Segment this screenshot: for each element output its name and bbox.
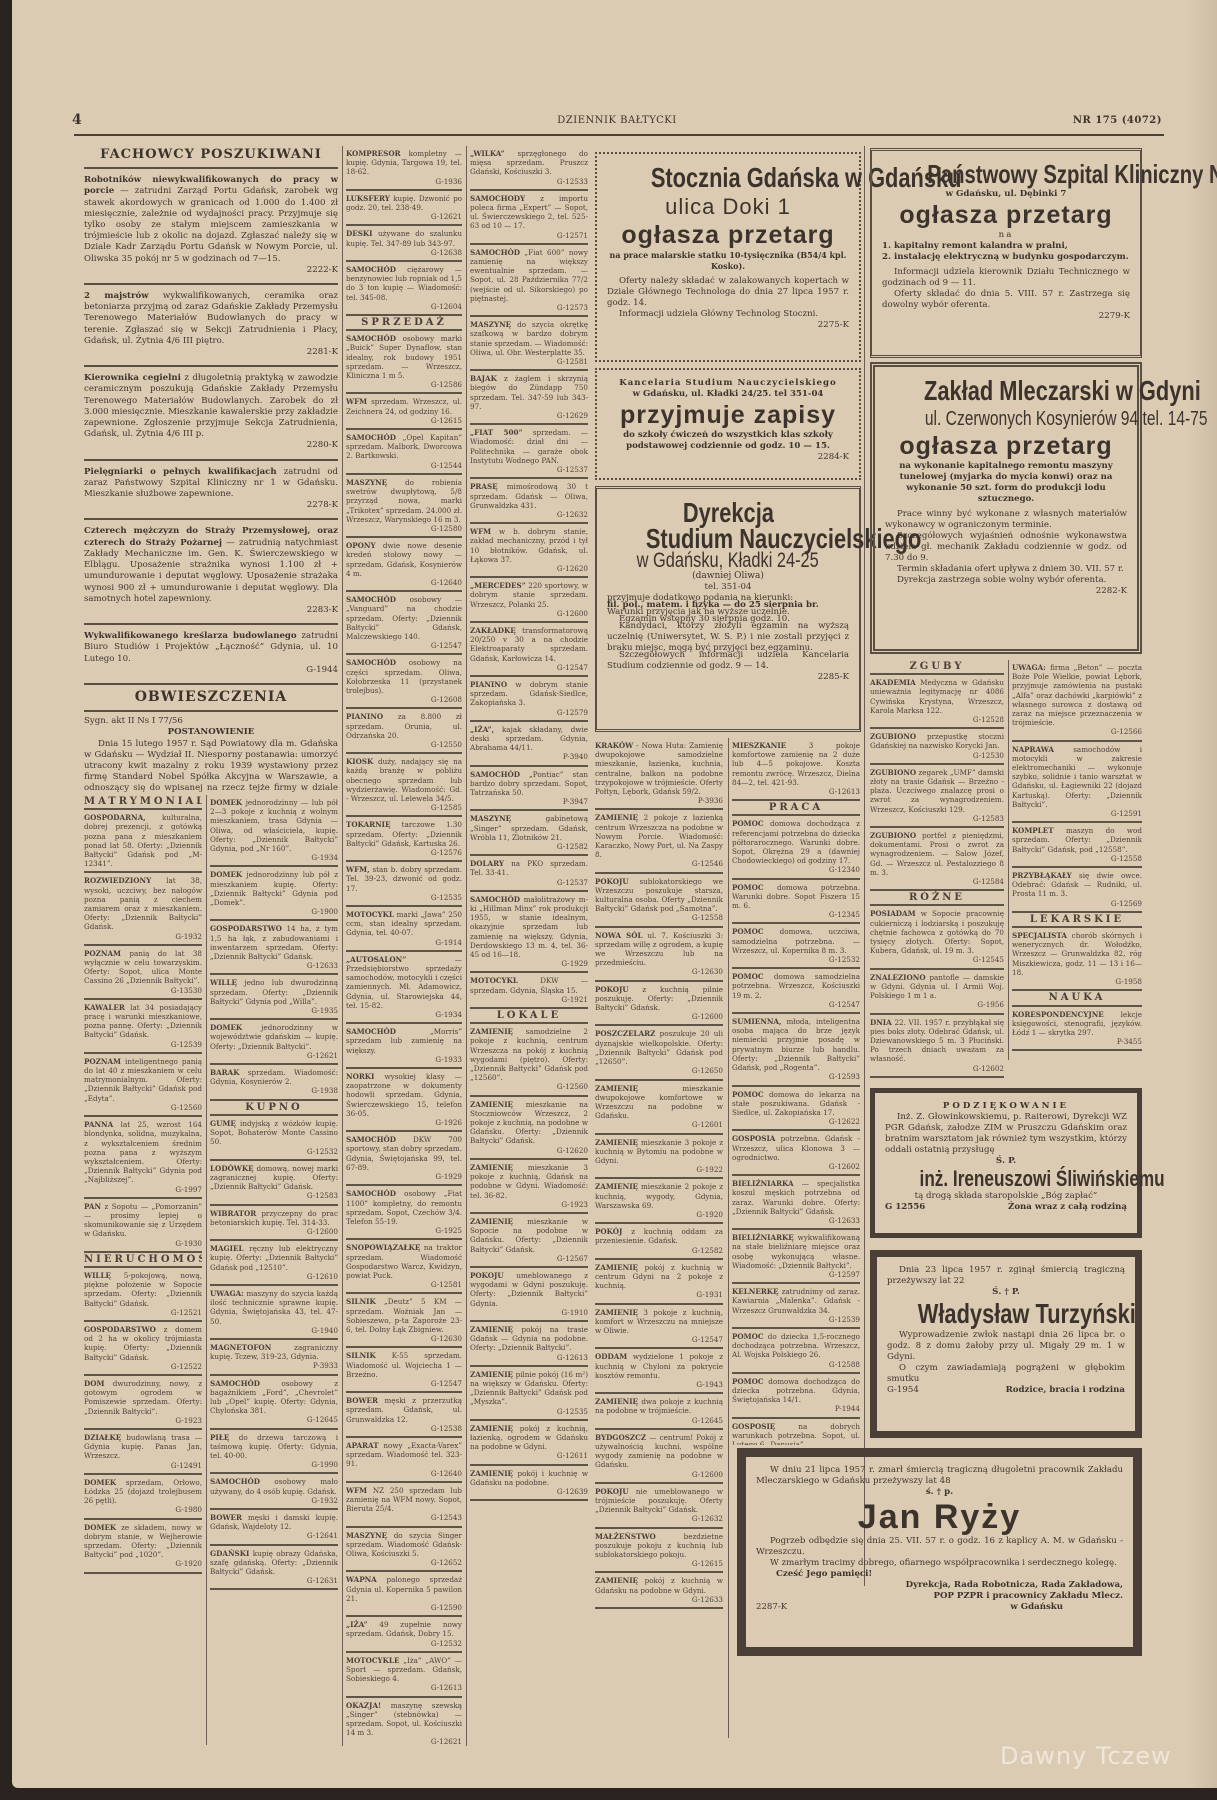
ad-code: G-12621: [346, 212, 462, 221]
ad-lead: MIESZKANIE: [732, 741, 786, 750]
divider: [84, 283, 338, 285]
ad-body: — zatrudni Zarząd Portu Gdańsk, zarobek …: [84, 186, 338, 263]
ad-body: z Sopotu — „Pomorzanin” — prosimy lepiej…: [84, 1202, 202, 1239]
divider: [84, 683, 338, 685]
ad-body: samodzielne 2 pokoje z kuchnią, centrum …: [470, 1027, 588, 1082]
ad-code: 2281-K: [84, 347, 338, 358]
ad-code: 2282-K: [885, 586, 1127, 597]
ad-code: G-12582: [595, 1246, 723, 1255]
classified-ad: MOTOCYKL marki „Jawa” 250 ccm, stan idea…: [346, 907, 462, 952]
classified-ad: DOMEK sprzedam, Orłowo, Łódzka 25 (dojaz…: [84, 1475, 202, 1520]
ad-code: G-1935: [210, 1006, 338, 1015]
classified-ad: SAMOCHÓD osobowy z bagażnikiem „Ford”, „…: [210, 1376, 338, 1430]
ad-lead: „AUTOSALON”: [346, 955, 406, 964]
classified-ad: MASZYNĘ do szycia Singer sprzedam. Wiado…: [346, 1528, 462, 1573]
obituary-signature: Dyrekcja, Rada Robotnicza, Rada Zakładow…: [756, 1580, 1123, 1591]
ad-code: G-12558: [595, 913, 723, 922]
section-heading-misc: RÓŻNE: [870, 891, 1004, 906]
ad-lead: NORKI: [346, 1072, 374, 1081]
ad-lead: ZAMIENIĘ: [470, 1163, 513, 1172]
classified-ad: „MERCEDES” 220 sportowy, w dobrym stanie…: [470, 578, 588, 623]
ad-address: w Gdańsku, Kładki 24-25: [637, 555, 819, 566]
ad-lead: ZAMIENIĘ: [470, 1100, 513, 1109]
ad-title: Państwowy Szpital Kliniczny Nr 1: [927, 159, 1217, 189]
classified-ad: LUKSFERY kupię. Dzwonić po godz. 20, tel…: [346, 191, 462, 227]
ad-lead: SILNIK: [346, 1351, 376, 1360]
section-heading-property: NIERUCHOMOŚCI: [84, 1253, 202, 1268]
ad-lead: SAMOCHÓD: [470, 248, 520, 257]
classified-ad: GOSPODARSTWO z domem od 2 ha w okolicy t…: [84, 1322, 202, 1376]
ad-registry-enrollment: Kancelaria Studium Nauczycielskiego w Gd…: [595, 368, 861, 480]
classified-ad: SUMIENNA, młoda, inteligentna osoba mają…: [732, 1014, 860, 1086]
section-heading-lokale: LOKALE: [470, 1009, 588, 1024]
ad-lead: BAJAK: [470, 374, 497, 383]
ad-code: G-12630: [595, 967, 723, 976]
ad-code: 2280-K: [84, 440, 338, 451]
classified-ad: POKÓJ z kuchnią oddam za przeniesienie. …: [595, 1224, 723, 1260]
classified-ad: ZGUBIONO przepustkę stoczni Gdańskiej na…: [870, 729, 1004, 765]
ad-code: G-1925: [346, 1226, 462, 1235]
obituary-body: Pogrzeb odbędzie się dnia 25. VII. 57 r.…: [756, 1536, 1123, 1558]
ad-body: Termin składania ofert upływa z dniem 30…: [885, 564, 1127, 575]
ad-action: przyjmuje zapisy: [607, 400, 849, 430]
ad-code: G-12543: [346, 1513, 462, 1522]
ad-code: G-1936: [346, 177, 462, 186]
ad-lead: MASZYNĘ: [470, 320, 511, 329]
ad-lead: POMOC: [732, 972, 764, 981]
classified-ad: SAMOCHÓD osobowy na części sprzedam. Oli…: [346, 655, 462, 709]
buy-ads-list: GUMĘ indyjską z wózków kupię. Sopot, Boh…: [210, 1116, 338, 1591]
ad-code: G-12547: [346, 1379, 462, 1388]
ad-lead: MAGNETOFON: [210, 1343, 271, 1352]
ad-lead: KAWALER: [84, 1003, 125, 1012]
classified-ad: UWAGA: firma „Beton” — poczta Boże Pole …: [1012, 660, 1142, 742]
classified-ad: ZAMIENIĘ mieszkanie dwupokojowe komforto…: [595, 1081, 723, 1135]
ad-lead: GOSPODARSTWO: [84, 1325, 156, 1334]
classified-ad: ZAMIENIĘ pokój i kuchnię w Gdańsku na po…: [470, 1466, 588, 1502]
ad-code: G-12621: [346, 1737, 462, 1745]
classified-ad: „WILKA” sprzęgłonego do mięsa sprzedam. …: [470, 146, 588, 191]
ad-code: G-12588: [732, 1360, 860, 1369]
classified-ad: BOWER męski z przerzutką sprzedam. Gdańs…: [346, 1393, 462, 1438]
ad-body: — Przedsiębiorstwo sprzedaży samochodów,…: [346, 955, 462, 1010]
classified-ad: Robotników niewykwalifikowanych do pracy…: [84, 173, 338, 279]
ad-code: G-1997: [84, 1185, 202, 1194]
thanks-closing: tą drogą składa staropolskie „Bóg zapłać…: [885, 1191, 1127, 1202]
ad-code: G-12602: [732, 1162, 860, 1171]
ad-lead: GOSPOSIĘ: [732, 1422, 775, 1431]
ad-body: do szkoły ćwiczeń do wszystkich klas szk…: [607, 430, 849, 452]
classified-ad: ZGUBIONO portfel z pieniędzmi, dokumenta…: [870, 828, 1004, 891]
ad-lead: DZIAŁKĘ: [84, 1433, 121, 1442]
ad-lead: UWAGA:: [210, 1289, 244, 1298]
ad-code: G-12610: [210, 1272, 338, 1281]
ad-code: G-12550: [346, 740, 462, 749]
divider: [84, 623, 338, 625]
classified-ad: PRZYBŁĄKAŁY się dwie owce. Odebrać: Gdań…: [1012, 868, 1142, 913]
obituary-intro: W dniu 21 lipca 1957 r. zmarł śmiercią t…: [756, 1465, 1123, 1487]
ad-lead: „IŻA”: [346, 1620, 368, 1629]
ad-code: G-12600: [470, 609, 588, 618]
ad-lead: ZGUBIONO: [870, 732, 916, 741]
ad-lead: WILLĘ: [84, 1271, 111, 1280]
ad-lead: BOWER: [346, 1396, 378, 1405]
ad-lead: ZAMIENIĘ: [595, 1576, 638, 1585]
ad-action: ogłasza przetarg: [607, 220, 849, 250]
apartment-ads-list-3: MIESZKANIE 3 pokoje komfortowe zamienię …: [732, 738, 860, 801]
ad-lead: POMOC: [732, 1332, 764, 1341]
ad-lead: ZAMIENIĘ: [595, 1263, 638, 1272]
ad-body: Szczegółowych informacji udziela Kancela…: [607, 650, 849, 672]
obituary-body: W zmarłym tracimy dobrego, ofiarnego wsp…: [756, 1558, 1123, 1569]
divider: [84, 167, 338, 169]
classified-ad: POMOC domowa do lekarza na stałe poszuki…: [732, 1087, 860, 1132]
ad-line: w Gdańsku, ul. Kładki 24/25. tel 351-04: [607, 389, 849, 400]
thanks-name: inż. Ireneuszowi Śliwińskiemu: [920, 1167, 1165, 1191]
classified-ad: POMOC domowa dochodząca do dziecka potrz…: [732, 1374, 860, 1419]
ad-code: G-12558: [1012, 854, 1142, 863]
apartment-ads-list-2: KRAKÓW - Nowa Huta: Zamienię dwupokojowe…: [595, 738, 723, 1609]
divider: [84, 710, 338, 712]
ad-lead: ROZWIEDZIONY: [84, 876, 151, 885]
ad-hospital-tender: Państwowy Szpital Kliniczny Nr 1 w Gdańs…: [870, 148, 1142, 358]
column-job-offers: FACHOWCY POSZUKIWANI Robotników niewykwa…: [84, 146, 338, 795]
ad-code: G-12537: [470, 465, 588, 474]
section-heading-medical: LEKARSKIE: [1012, 913, 1142, 928]
classified-ad: „FIAT 500” sprzedam. — Wiadomość: dział …: [470, 425, 588, 479]
classified-ad: GOSPODARNA, kulturalna, dobrej prezencji…: [84, 810, 202, 873]
ad-lead: KOMPLET: [1012, 826, 1054, 835]
classified-ad: GOSPODARSTWO 14 ha, z tym 1,5 ha łąk, z …: [210, 921, 338, 975]
classified-ad: ZAMIENIĘ pilnie pokój (16 m²) na większy…: [470, 1367, 588, 1421]
classified-ad: MAŁŻEŃSTWO bezdzietne poszukuje pokoju z…: [595, 1529, 723, 1574]
classified-ad: NOWA SÓL ul. 7. Kościuszki 3: sprzedam w…: [595, 928, 723, 982]
classified-ad: „IŻA”, kajak składany, dwie deski sprzed…: [470, 722, 588, 767]
ad-code: G-12641: [210, 1531, 338, 1540]
column-divider: [342, 146, 343, 1746]
ad-lead: LODÓWKĘ: [210, 1164, 254, 1173]
ad-lead: GUMĘ: [210, 1119, 236, 1128]
property-ads-list: WILLĘ 5-pokojową, nową, piękne położenie…: [84, 1268, 202, 1574]
realestate-ads-list: DOMEK jednorodzinny — lub pół 2—3 pokoje…: [210, 795, 338, 1101]
ad-code: 2284-K: [607, 452, 849, 463]
column-lost: ZGUBY AKADEMIA Medyczna w Gdańsku uniewa…: [870, 660, 1004, 1085]
ad-lead: PIANINO: [470, 680, 507, 689]
ad-code: G-12539: [84, 1040, 202, 1049]
ad-lead: SAMOCHÓD: [470, 770, 520, 779]
watermark: Dawny Tczew: [1000, 1742, 1172, 1770]
ad-code: G-12632: [595, 1514, 723, 1523]
misc-ads-list: POSIADAM w Sopocie pracownię cukierniczą…: [870, 906, 1004, 1077]
classified-ad: ZAMIENIĘ mieszkanie na Stoczniowców Wrze…: [470, 1097, 588, 1160]
column-misc-right: UWAGA: firma „Beton” — poczta Boże Pole …: [1012, 660, 1142, 1085]
ad-code: G-1930: [84, 1239, 202, 1248]
ad-lead: BOWER: [210, 1513, 242, 1522]
classified-ad: DOMEK jednorodzinny — lub pół 2—3 pokoje…: [210, 795, 338, 867]
ad-code: G-12583: [870, 814, 1004, 823]
ad-code: G-12633: [595, 1595, 723, 1604]
ad-lead: Pielęgniarki o pełnych kwalifikacjach: [84, 467, 277, 477]
classified-ad: WFM NZ 250 sprzedam lub zamienię na WFM …: [346, 1483, 462, 1528]
ad-code: G-12652: [346, 1558, 462, 1567]
header-rule: [74, 134, 1164, 136]
ad-code: G-12613: [470, 1353, 588, 1362]
ad-lead: KRAKÓW: [595, 741, 633, 750]
ad-lead: ZAMIENIĘ: [595, 1084, 638, 1093]
classified-ad: ZAMIENIĘ 2 pokoje z łazienką centrum Wrz…: [595, 810, 723, 873]
ad-lead: SAMOCHÓD: [346, 658, 396, 667]
ad-code: G-1931: [595, 1290, 723, 1299]
classified-ad: BAJAK z żaglem i skrzynią biegów do Zünd…: [470, 371, 588, 425]
ad-lead: DOMEK: [84, 1523, 116, 1532]
ad-lead: „WILKA”: [470, 149, 505, 158]
ad-lead: SAMOCHÓD: [346, 334, 396, 343]
ad-code: G-12545: [870, 955, 1004, 964]
ad-body: - Nowa Huta: Zamienię dwupokojowe samodz…: [595, 741, 723, 796]
ad-code: G-1956: [870, 1000, 1004, 1009]
ad-code: G-13530: [84, 986, 202, 995]
ad-code: G-1938: [210, 1086, 338, 1095]
obituary-code: 2287-K: [756, 1602, 787, 1613]
ad-code: G-1934: [210, 853, 338, 862]
newspaper-page: 4 DZIENNIK BAŁTYCKI NR 175 (4072) FACHOW…: [12, 0, 1217, 1788]
classified-ad: ODDAM wydzielone 1 pokoje z kuchnią w Ch…: [595, 1349, 723, 1394]
classified-ad: PIANINO za 8.800 zł sprzedam. Orunia, ul…: [346, 709, 462, 754]
column-divider: [864, 146, 865, 1586]
obituary-body: Wyprowadzenie zwłok nastąpi dnia 26 lipc…: [887, 1330, 1125, 1363]
classified-ad: OPONY dwie nowe desenie kredeń stołowy n…: [346, 538, 462, 592]
classified-ad: NORKI wysokiej klasy — zaopatrzone w dok…: [346, 1069, 462, 1132]
ad-lead: MOTOCYKL: [470, 976, 518, 985]
ad-address: ul. Czerwonych Kosynierów 94 tel. 14-75: [925, 407, 1208, 431]
ad-lead: SAMOCHÓD: [346, 265, 396, 274]
classified-ad: KELNERKĘ zatrudnimy od zaraz. Kawiarnia …: [732, 1284, 860, 1329]
column-divider: [206, 795, 207, 1745]
ad-body: samochodów i motocykli w zakresie elektr…: [1012, 745, 1142, 809]
ad-code: G-12582: [470, 842, 588, 851]
obituary-sp: Ś. † P.: [887, 1287, 1125, 1298]
column-divider: [728, 738, 729, 1738]
ad-code: 2279-K: [882, 311, 1130, 322]
ad-lead: KORESPONDENCYJNE: [1012, 1010, 1104, 1019]
ad-shipyard-tender: Stocznia Gdańska w Gdańsku ulica Doki 1 …: [595, 152, 861, 362]
ad-code: G-12345: [732, 910, 860, 919]
ad-lead: ZAMIENIĘ: [595, 1182, 638, 1191]
ad-lead: BIELIŹNIARKA: [732, 1179, 794, 1188]
ad-lead: ZAMIENIĘ: [595, 1397, 638, 1406]
ad-code: G-1934: [346, 1010, 462, 1019]
ad-lead: PRASĘ: [470, 482, 498, 491]
classified-ad: KRAKÓW - Nowa Huta: Zamienię dwupokojowe…: [595, 738, 723, 810]
ad-code: G-12537: [470, 878, 588, 887]
ad-lead: DOMEK: [210, 798, 242, 807]
ad-lead: DOM: [84, 1379, 104, 1388]
ad-code: G-12547: [470, 663, 588, 672]
ad-lead: WAPNA: [346, 1575, 377, 1584]
obituary-honor: Cześć Jego pamięci!: [756, 1569, 1123, 1580]
classified-ad: NAPRAWA samochodów i motocykli w zakresi…: [1012, 742, 1142, 824]
notice-body: Dnia 15 lutego 1957 r. Sąd Powiatowy dla…: [84, 739, 338, 795]
ad-code: G-12547: [732, 1000, 860, 1009]
ad-code: 2275-K: [607, 320, 849, 331]
ad-lead: PIŁĘ: [210, 1433, 229, 1442]
classified-ad: DNIA 22. VII. 1957 r. przybłąkał się pie…: [870, 1015, 1004, 1078]
ad-body: lat 38, wysoki, uczciwy, bez nałogów poz…: [84, 876, 202, 931]
classified-ad: MOTOCYKLE „Iża” „AWO” — Sport — sprzedam…: [346, 1653, 462, 1698]
ad-lead: WFM,: [346, 865, 370, 874]
classified-ad: ROZWIEDZIONY lat 38, wysoki, uczciwy, be…: [84, 873, 202, 945]
ad-code: G-12645: [595, 1416, 723, 1425]
classified-ad: KIOSK duży, nadający się na każdą branżę…: [346, 754, 462, 817]
ad-code: G-12633: [732, 1216, 860, 1225]
sale-ads-list-2: „WILKA” sprzęgłonego do mięsa sprzedam. …: [470, 146, 588, 1009]
classified-ad: SAMOCHÓD ciężarowy — benzynowiec lub rop…: [346, 262, 462, 316]
ad-action: ogłasza przetarg: [882, 200, 1130, 230]
ad-body: Informacji udziela kierownik Działu Tech…: [882, 267, 1130, 289]
classified-ad: ZAMIENIĘ pokój z kuchnią w centrum Gdyni…: [595, 1260, 723, 1305]
classified-ad: SAMOCHÓD „Opel Kapitan” sprzedam. Malbor…: [346, 430, 462, 475]
ad-code: G-12576: [346, 848, 462, 857]
ad-code: G-12584: [870, 877, 1004, 886]
lost-ads-list: AKADEMIA Medyczna w Gdańsku unieważnia l…: [870, 675, 1004, 891]
ad-code: G-12530: [870, 751, 1004, 760]
ad-lead: POKOJU: [595, 1487, 629, 1496]
ad-lead: KOMPRESOR: [346, 149, 401, 158]
classified-ad: DOMEK ze składem, nowy w dobrym stanie, …: [84, 1520, 202, 1574]
ad-code: G-12522: [84, 1362, 202, 1371]
ad-code: G-12600: [595, 1012, 723, 1021]
classified-ad: SAMOCHÓD osobowy mało używany, do 4 osób…: [210, 1474, 338, 1510]
ad-code: G-12601: [595, 1120, 723, 1129]
thanks-code: G 12556: [885, 1202, 925, 1213]
ad-address: ulica Doki 1: [607, 194, 849, 220]
classified-ad: POZNAM panią do lat 38 wyłącznie w celu …: [84, 946, 202, 1000]
classified-ad: SILNIK „Deutz” 5 KM — sprzedam. Woźniak …: [346, 1294, 462, 1348]
ad-code: G-12602: [870, 1064, 1004, 1073]
classified-ad: WILLĘ jedno lub dwurodzinną sprzedam. Of…: [210, 975, 338, 1020]
classified-ad: KORESPONDENCYJNE lekcje księgowości, ste…: [1012, 1007, 1142, 1052]
ad-code: G-12532: [346, 1639, 462, 1648]
ad-lead: GDAŃSKI: [210, 1549, 249, 1558]
ad-code: G-12579: [470, 708, 588, 717]
ad-code: G-1920: [84, 1559, 202, 1568]
ad-code: G-12585: [346, 803, 462, 812]
ad-code: G-12632: [470, 510, 588, 519]
classified-ad: SAMOCHÓD „Pontiac” stan bardzo dobry spr…: [470, 767, 588, 812]
classified-ad: MIESZKANIE 3 pokoje komfortowe zamienię …: [732, 738, 860, 801]
ad-lead: GOSPODARSTWO: [210, 924, 282, 933]
classified-ad: „AUTOSALON” — Przedsiębiorstwo sprzedaży…: [346, 952, 462, 1024]
ad-body: Oferty należy składać w zalakowanych kop…: [607, 276, 849, 309]
misc-ads-list-2: UWAGA: firma „Beton” — poczta Boże Pole …: [1012, 660, 1142, 913]
ad-lead: PANNA: [84, 1120, 113, 1129]
classified-ad: BARAK sprzedam. Wiadomość: Gdynia, Kosyn…: [210, 1065, 338, 1101]
job-ads-list: Robotników niewykwalifikowanych do pracy…: [84, 173, 338, 685]
issue-number: NR 175 (4072): [1073, 115, 1162, 126]
ad-lead: NOWA SÓL: [595, 931, 643, 940]
ad-body: małolitrażowy m-ki „Hillman Minx” rok pr…: [470, 895, 588, 959]
classified-ad: BYDGOSZCZ — centrum! Pokój z używalności…: [595, 1430, 723, 1484]
ad-body: Prace winny być wykonane z własnych mate…: [885, 509, 1127, 531]
ad-lead: ZNALEZIONO: [870, 973, 926, 982]
obituary-turzynski: Dnia 23 lipca 1957 r. zginął śmiercią tr…: [870, 1250, 1142, 1438]
section-heading-buy: KUPNO: [210, 1101, 338, 1116]
classified-ad: WIBRATOR przyczepny do prac betoniarskic…: [210, 1206, 338, 1242]
ad-code: G-12535: [470, 1407, 588, 1416]
ad-lead: OPONY: [346, 541, 376, 550]
ad-code: G-12546: [595, 859, 723, 868]
ad-code: G-1958: [1012, 977, 1142, 986]
ad-lead: ZAMIENIĘ: [470, 1027, 513, 1036]
page-header: 4 DZIENNIK BAŁTYCKI NR 175 (4072): [72, 112, 1162, 132]
ad-code: 2222-K: [84, 265, 338, 276]
ad-lead: PIANINO: [346, 712, 383, 721]
ad-code: P-3947: [470, 797, 588, 806]
classified-ad: SAMOCHÓD „Morris” sprzedam lub zamienię …: [346, 1024, 462, 1069]
ad-body: Informacji udziela Główny Technolog Stoc…: [607, 309, 849, 320]
divider: [84, 365, 338, 367]
classified-ad: ZAKŁADKĘ transformatorową 20/250 v 30 a …: [470, 623, 588, 677]
ad-code: G-12528: [870, 715, 1004, 724]
ad-code: G-12583: [210, 1191, 338, 1200]
ad-lead: LUKSFERY: [346, 194, 390, 203]
ad-lead: POMOC: [732, 927, 764, 936]
ad-lead: GOSPOSIA: [732, 1134, 775, 1143]
ad-code: G-1920: [595, 1210, 723, 1219]
ad-lead: POMOC: [732, 883, 764, 892]
classified-ad: „IŻA” 49 zupełnie nowy sprzedam. Gdańsk,…: [346, 1617, 462, 1653]
ad-body: jednorodzinny — lub pół 2—3 pokoje z kuc…: [210, 798, 338, 853]
ad-code: G-12611: [470, 1451, 588, 1460]
classified-ad: WFM, stan b. dobry sprzedam. Tel. 39-23,…: [346, 862, 462, 907]
classified-ad: POZNAM inteligentnego panią do lat 40 z …: [84, 1054, 202, 1117]
ad-code: G-12615: [346, 416, 462, 425]
classified-ad: SAMOCHÓD osobowy „Fiat 1100” kompletny, …: [346, 1186, 462, 1240]
ad-lead: DESKI: [346, 229, 373, 238]
classified-ad: MOTOCYKL DKW — sprzedam. Gdynia, Śląska …: [470, 973, 588, 1009]
classified-ad: GOSPOSIĘ na dobrych warunkach potrzebna.…: [732, 1419, 860, 1445]
divider: [84, 459, 338, 461]
apartment-ads-list: ZAMIENIĘ samodzielne 2 pokoje z kuchnią,…: [470, 1024, 588, 1501]
ad-code: G-1932: [84, 932, 202, 941]
ad-lead: NAPRAWA: [1012, 745, 1054, 754]
ad-code: G-12566: [1012, 727, 1142, 736]
classified-ad: DZIAŁKĘ budowlaną trasa — Gdynia kupię. …: [84, 1430, 202, 1475]
classified-ad: GOSPOSIA potrzebna. Gdańsk - Wrzeszcz, u…: [732, 1131, 860, 1176]
ad-lead: DNIA: [870, 1018, 892, 1027]
ad-code: G-12613: [732, 787, 860, 796]
obituary-body: O czym zawiadamiają pogrążeni w głębokim…: [887, 1363, 1125, 1385]
ad-lead: OKAZJA!: [346, 1701, 381, 1710]
ad-item: 2. instalację elektryczną w budynku gosp…: [882, 252, 1130, 263]
ad-lead: ZAMIENIĘ: [470, 1424, 513, 1433]
ad-body: Oferty składać do dnia 5. VIII. 57 r. Za…: [882, 289, 1130, 311]
ad-body: kulturalna, dobrej prezencji, z gotówką …: [84, 813, 202, 868]
ad-lead: ZAMIENIĘ: [470, 1217, 513, 1226]
ad-lead: POMOC: [732, 819, 764, 828]
ad-lead: TOKARNIĘ: [346, 820, 391, 829]
column-matrimonial: MATRYMONIALNE GOSPODARNA, kulturalna, do…: [84, 795, 202, 1745]
ad-lead: MASZYNĘ: [470, 814, 511, 823]
ad-lead: ZAKŁADKĘ: [470, 626, 516, 635]
ad-code: G-12586: [346, 380, 462, 389]
ad-code: G-12604: [346, 302, 462, 311]
ad-code: G-12600: [210, 1227, 338, 1236]
ad-lead: APARAT: [346, 1441, 379, 1450]
classified-ad: MASZYNĘ do szycia okrętkę szafkową w bar…: [470, 317, 588, 371]
obituary-code: G-1954: [887, 1385, 919, 1396]
ad-lead: POKOJU: [595, 877, 629, 886]
